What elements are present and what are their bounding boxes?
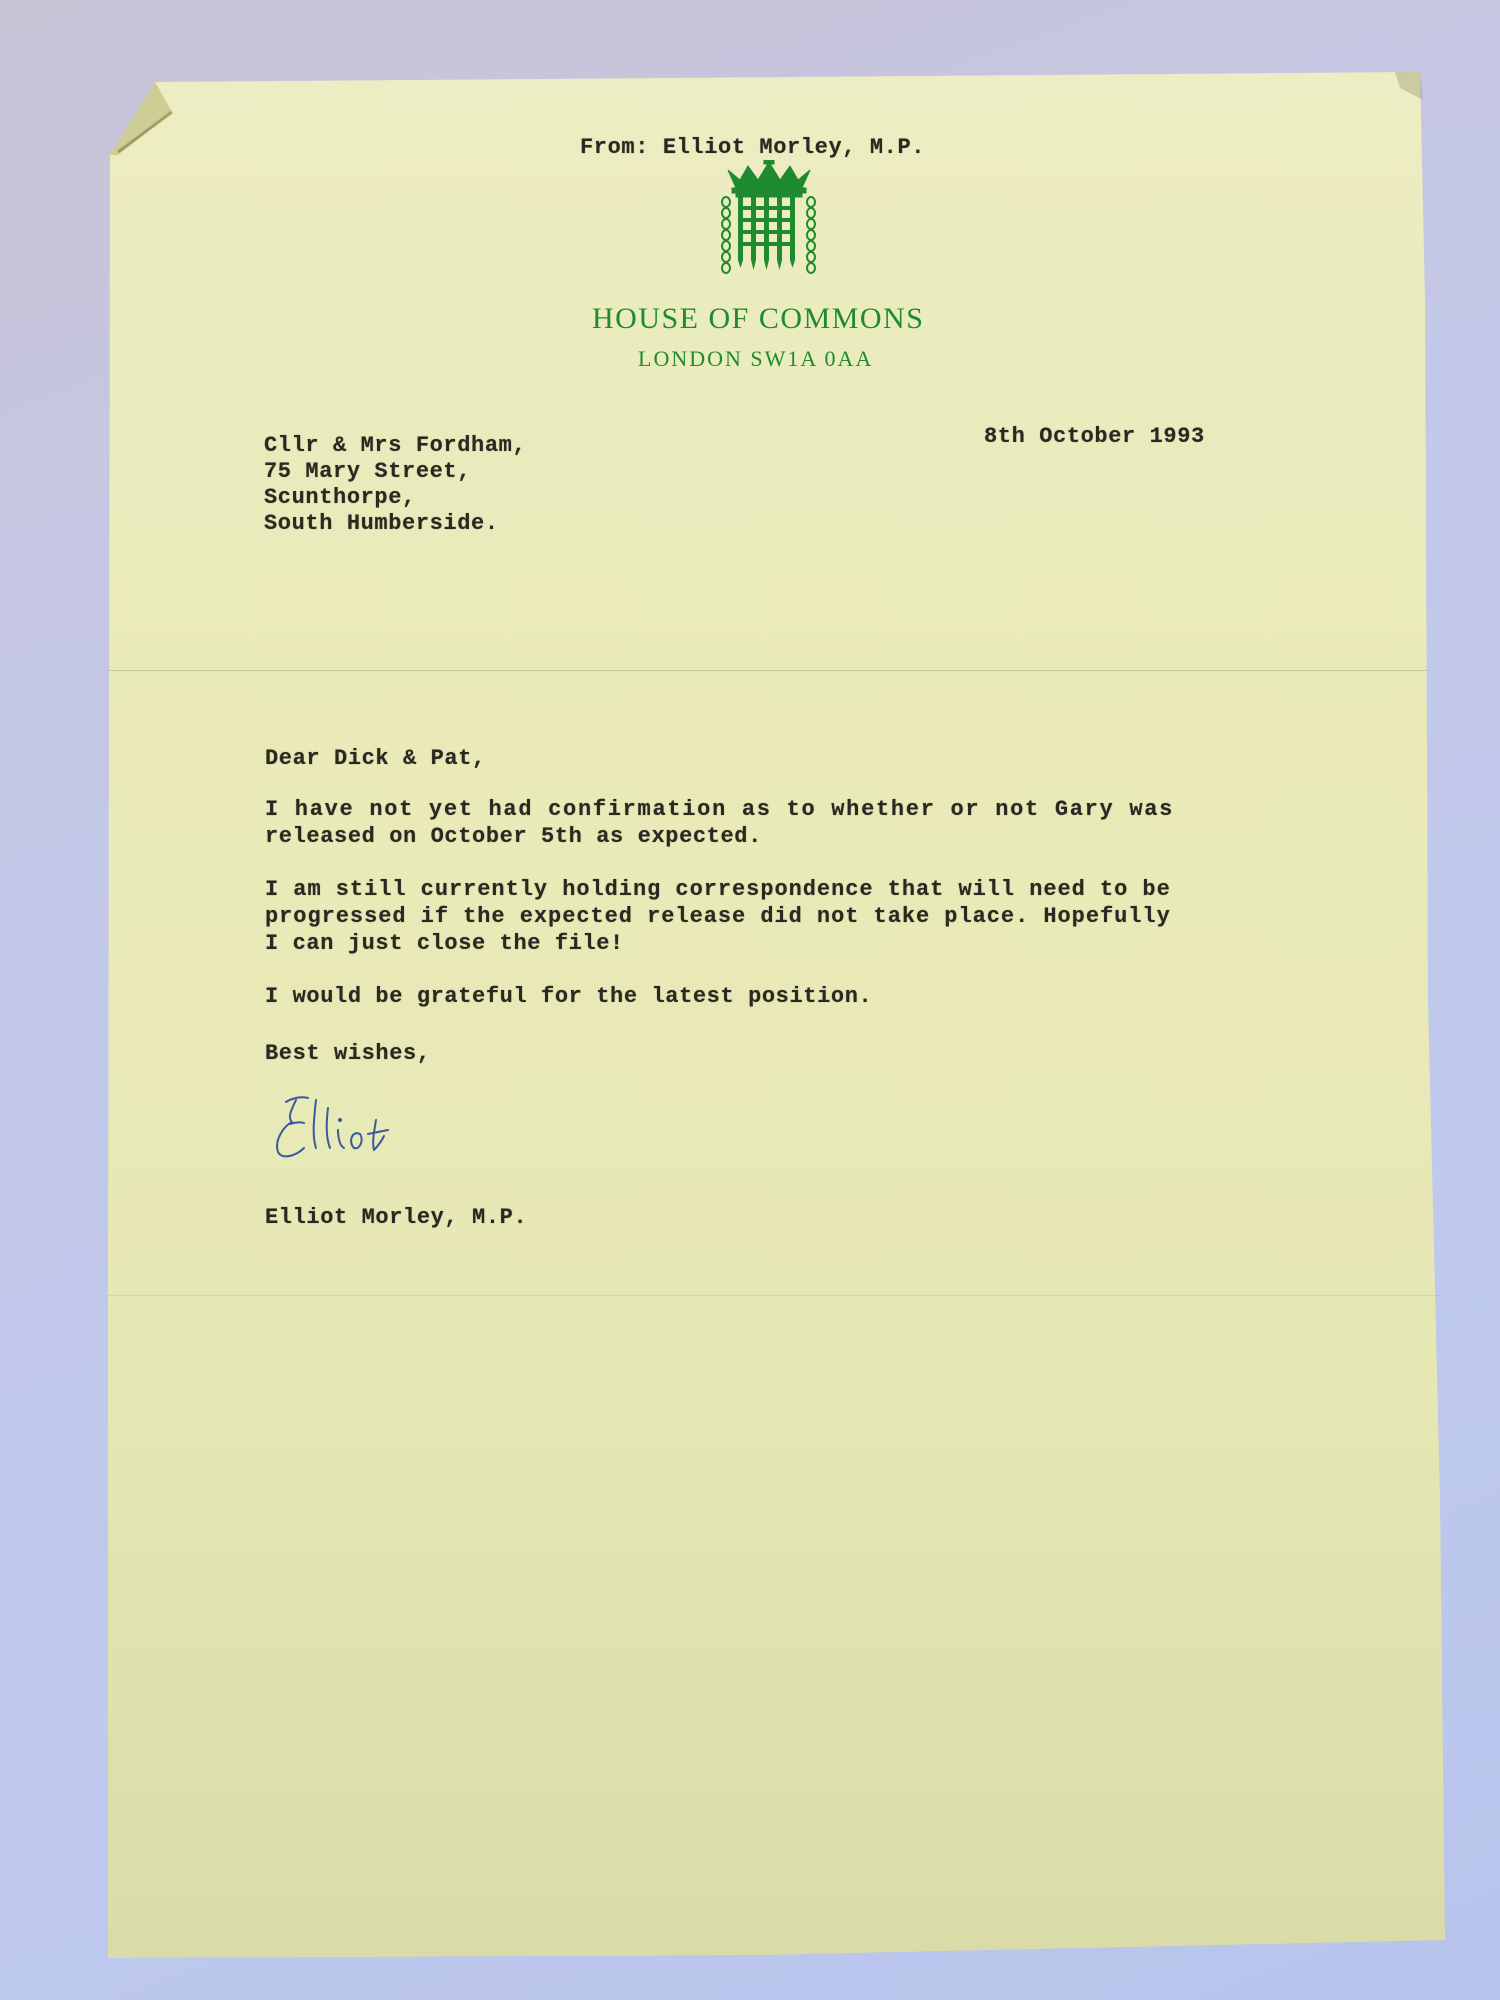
paragraph-line: released on October 5th as expected. [265, 823, 762, 850]
paragraph-line: I am still currently holding corresponde… [265, 876, 1171, 903]
salutation: Dear Dick & Pat, [265, 745, 486, 772]
from-line: From: Elliot Morley, M.P. [580, 134, 925, 161]
signatory-name: Elliot Morley, M.P. [265, 1204, 527, 1231]
letter-paper: From: Elliot Morley, M.P. [0, 0, 1500, 2000]
paragraph-line: I can just close the file! [265, 930, 624, 957]
paragraph-line: I would be grateful for the latest posit… [265, 983, 872, 1010]
institution-name: HOUSE OF COMMONS [592, 302, 924, 336]
paragraph-line: I have not yet had confirmation as to wh… [265, 796, 1174, 823]
handwritten-signature: Elliot [268, 1090, 398, 1170]
recipient-line: 75 Mary Street, [264, 458, 471, 485]
letter-date: 8th October 1993 [984, 423, 1205, 450]
fold-line-upper [108, 670, 1428, 672]
fold-line-lower [108, 1295, 1440, 1297]
recipient-line: Scunthorpe, [264, 484, 416, 511]
portcullis-crown-icon [718, 160, 820, 278]
institution-address: LONDON SW1A 0AA [638, 346, 873, 372]
recipient-line: Cllr & Mrs Fordham, [264, 432, 526, 459]
recipient-line: South Humberside. [264, 510, 499, 537]
closing: Best wishes, [265, 1040, 431, 1067]
paragraph-line: progressed if the expected release did n… [265, 903, 1171, 930]
